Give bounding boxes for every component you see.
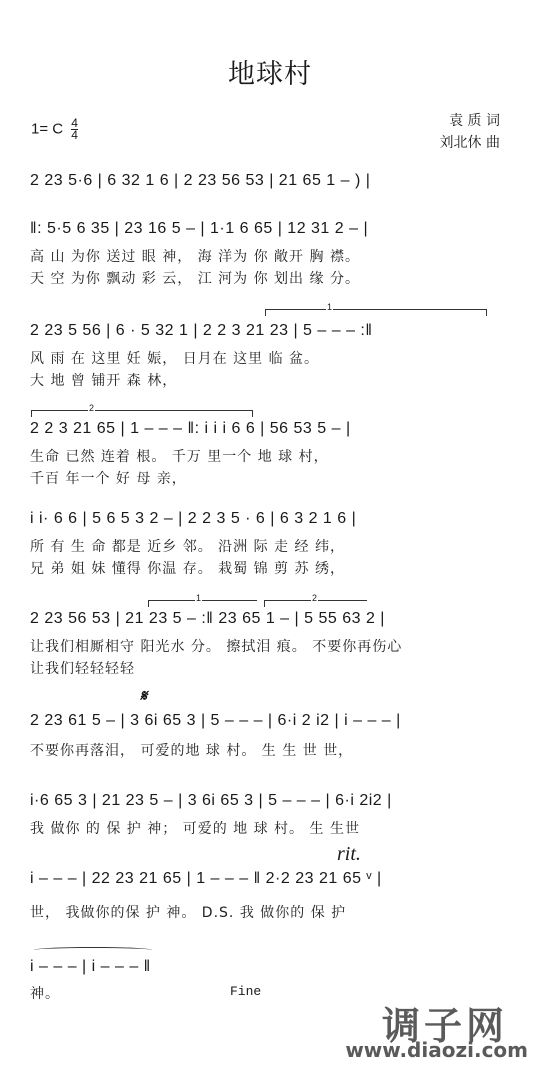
notation-row-2: ‖: 5·5 6 35 | 23 16 5 – | 1·1 6 65 | 12 … — [30, 220, 368, 238]
lyrics-row-7: 不要你再落泪， 可爱的地 球 村。 生 生 世 世， — [30, 740, 353, 760]
volta-bracket-2b: 2 — [264, 600, 367, 607]
lyrics-row-4-verse-1: 生命 已然 连着 根。 千万 里一个 地 球 村， — [30, 446, 329, 466]
time-signature: 4 4 — [71, 118, 78, 141]
notation-row-5: i i· 6 6 | 5 6 5 3 2 – | 2 2 3 5 · 6 | 6… — [30, 510, 356, 528]
song-title: 地球村 — [0, 52, 540, 91]
key-label: 1= C — [31, 120, 63, 137]
lyricist: 袁 质 词 — [440, 110, 500, 132]
notation-row-3: 2 23 5 56 | 6 · 5 32 1 | 2 2 3 21 23 | 5… — [30, 322, 372, 340]
lyrics-row-8: 我 做你 的 保 护 神； 可爱的 地 球 村。 生 生世 — [30, 818, 360, 838]
notation-row-10: i – – – | i – – – ‖ — [30, 958, 151, 976]
notation-row-4: 2 2 3 21 65 | 1 – – – ‖: i i i 6 6 | 56 … — [30, 420, 351, 438]
volta-bracket-2: 2 — [31, 410, 253, 417]
notation-row-9: i – – – | 22 23 21 65 | 1 – – – ‖ 2·2 23… — [30, 870, 382, 888]
credits: 袁 质 词 刘北休 曲 — [440, 110, 500, 154]
time-signature-bottom: 4 — [71, 130, 78, 141]
key-signature: 1= C 4 4 — [31, 118, 78, 141]
lyrics-row-6-verse-1: 让我们相厮相守 阳光水 分。 擦拭泪 痕。 不要你再伤心 — [30, 636, 402, 656]
lyrics-row-10: 神。 — [30, 983, 60, 1003]
segno-sign: 𝄋 — [140, 688, 147, 706]
lyrics-row-5-verse-1: 所 有 生 命 都是 近乡 邻。 沿洲 际 走 经 纬， — [30, 536, 345, 556]
volta-number: 1 — [195, 593, 202, 603]
notation-row-1: 2 23 5·6 | 6 32 1 6 | 2 23 56 53 | 21 65… — [30, 172, 370, 190]
composer: 刘北休 曲 — [440, 132, 500, 154]
lyrics-row-6-verse-2: 让我们轻轻轻轻 — [30, 658, 135, 678]
volta-bracket-1: 1 — [265, 309, 487, 316]
lyrics-row-3-verse-2: 大 地 曾 铺开 森 林， — [30, 370, 177, 390]
notation-row-6: 2 23 56 53 | 21 23 5 – :‖ 23 65 1 – | 5 … — [30, 610, 385, 628]
volta-number: 2 — [88, 403, 95, 413]
lyrics-row-4-verse-2: 千百 年一个 好 母 亲， — [30, 468, 187, 488]
tie-arc — [34, 947, 152, 953]
notation-row-7: 2 23 61 5 – | 3 6i 65 3 | 5 – – – | 6·i … — [30, 712, 401, 730]
fine-marking: Fine — [230, 984, 261, 999]
watermark-url: www.diaozi.com — [345, 1038, 528, 1062]
lyrics-row-9: 世， 我做你的保 护 神。 D.S. 我 做你的 保 护 — [30, 902, 346, 922]
lyrics-row-5-verse-2: 兄 弟 姐 妹 懂得 你温 存。 栽蜀 锦 剪 苏 绣， — [30, 558, 345, 578]
notation-row-8: i·6 65 3 | 21 23 5 – | 3 6i 65 3 | 5 – –… — [30, 792, 392, 810]
lyrics-row-2-verse-2: 天 空 为你 飘动 彩 云， 江 河为 你 划出 缘 分。 — [30, 268, 360, 288]
lyrics-row-3-verse-1: 风 雨 在 这里 妊 娠， 日月在 这里 临 盆。 — [30, 348, 319, 368]
volta-number: 1 — [326, 302, 333, 312]
lyrics-row-2-verse-1: 高 山 为你 送过 眼 神， 海 洋为 你 敞开 胸 襟。 — [30, 246, 360, 266]
ritardando-marking: rit. — [337, 843, 361, 866]
volta-bracket-1b: 1 — [148, 600, 257, 607]
volta-number: 2 — [311, 593, 318, 603]
